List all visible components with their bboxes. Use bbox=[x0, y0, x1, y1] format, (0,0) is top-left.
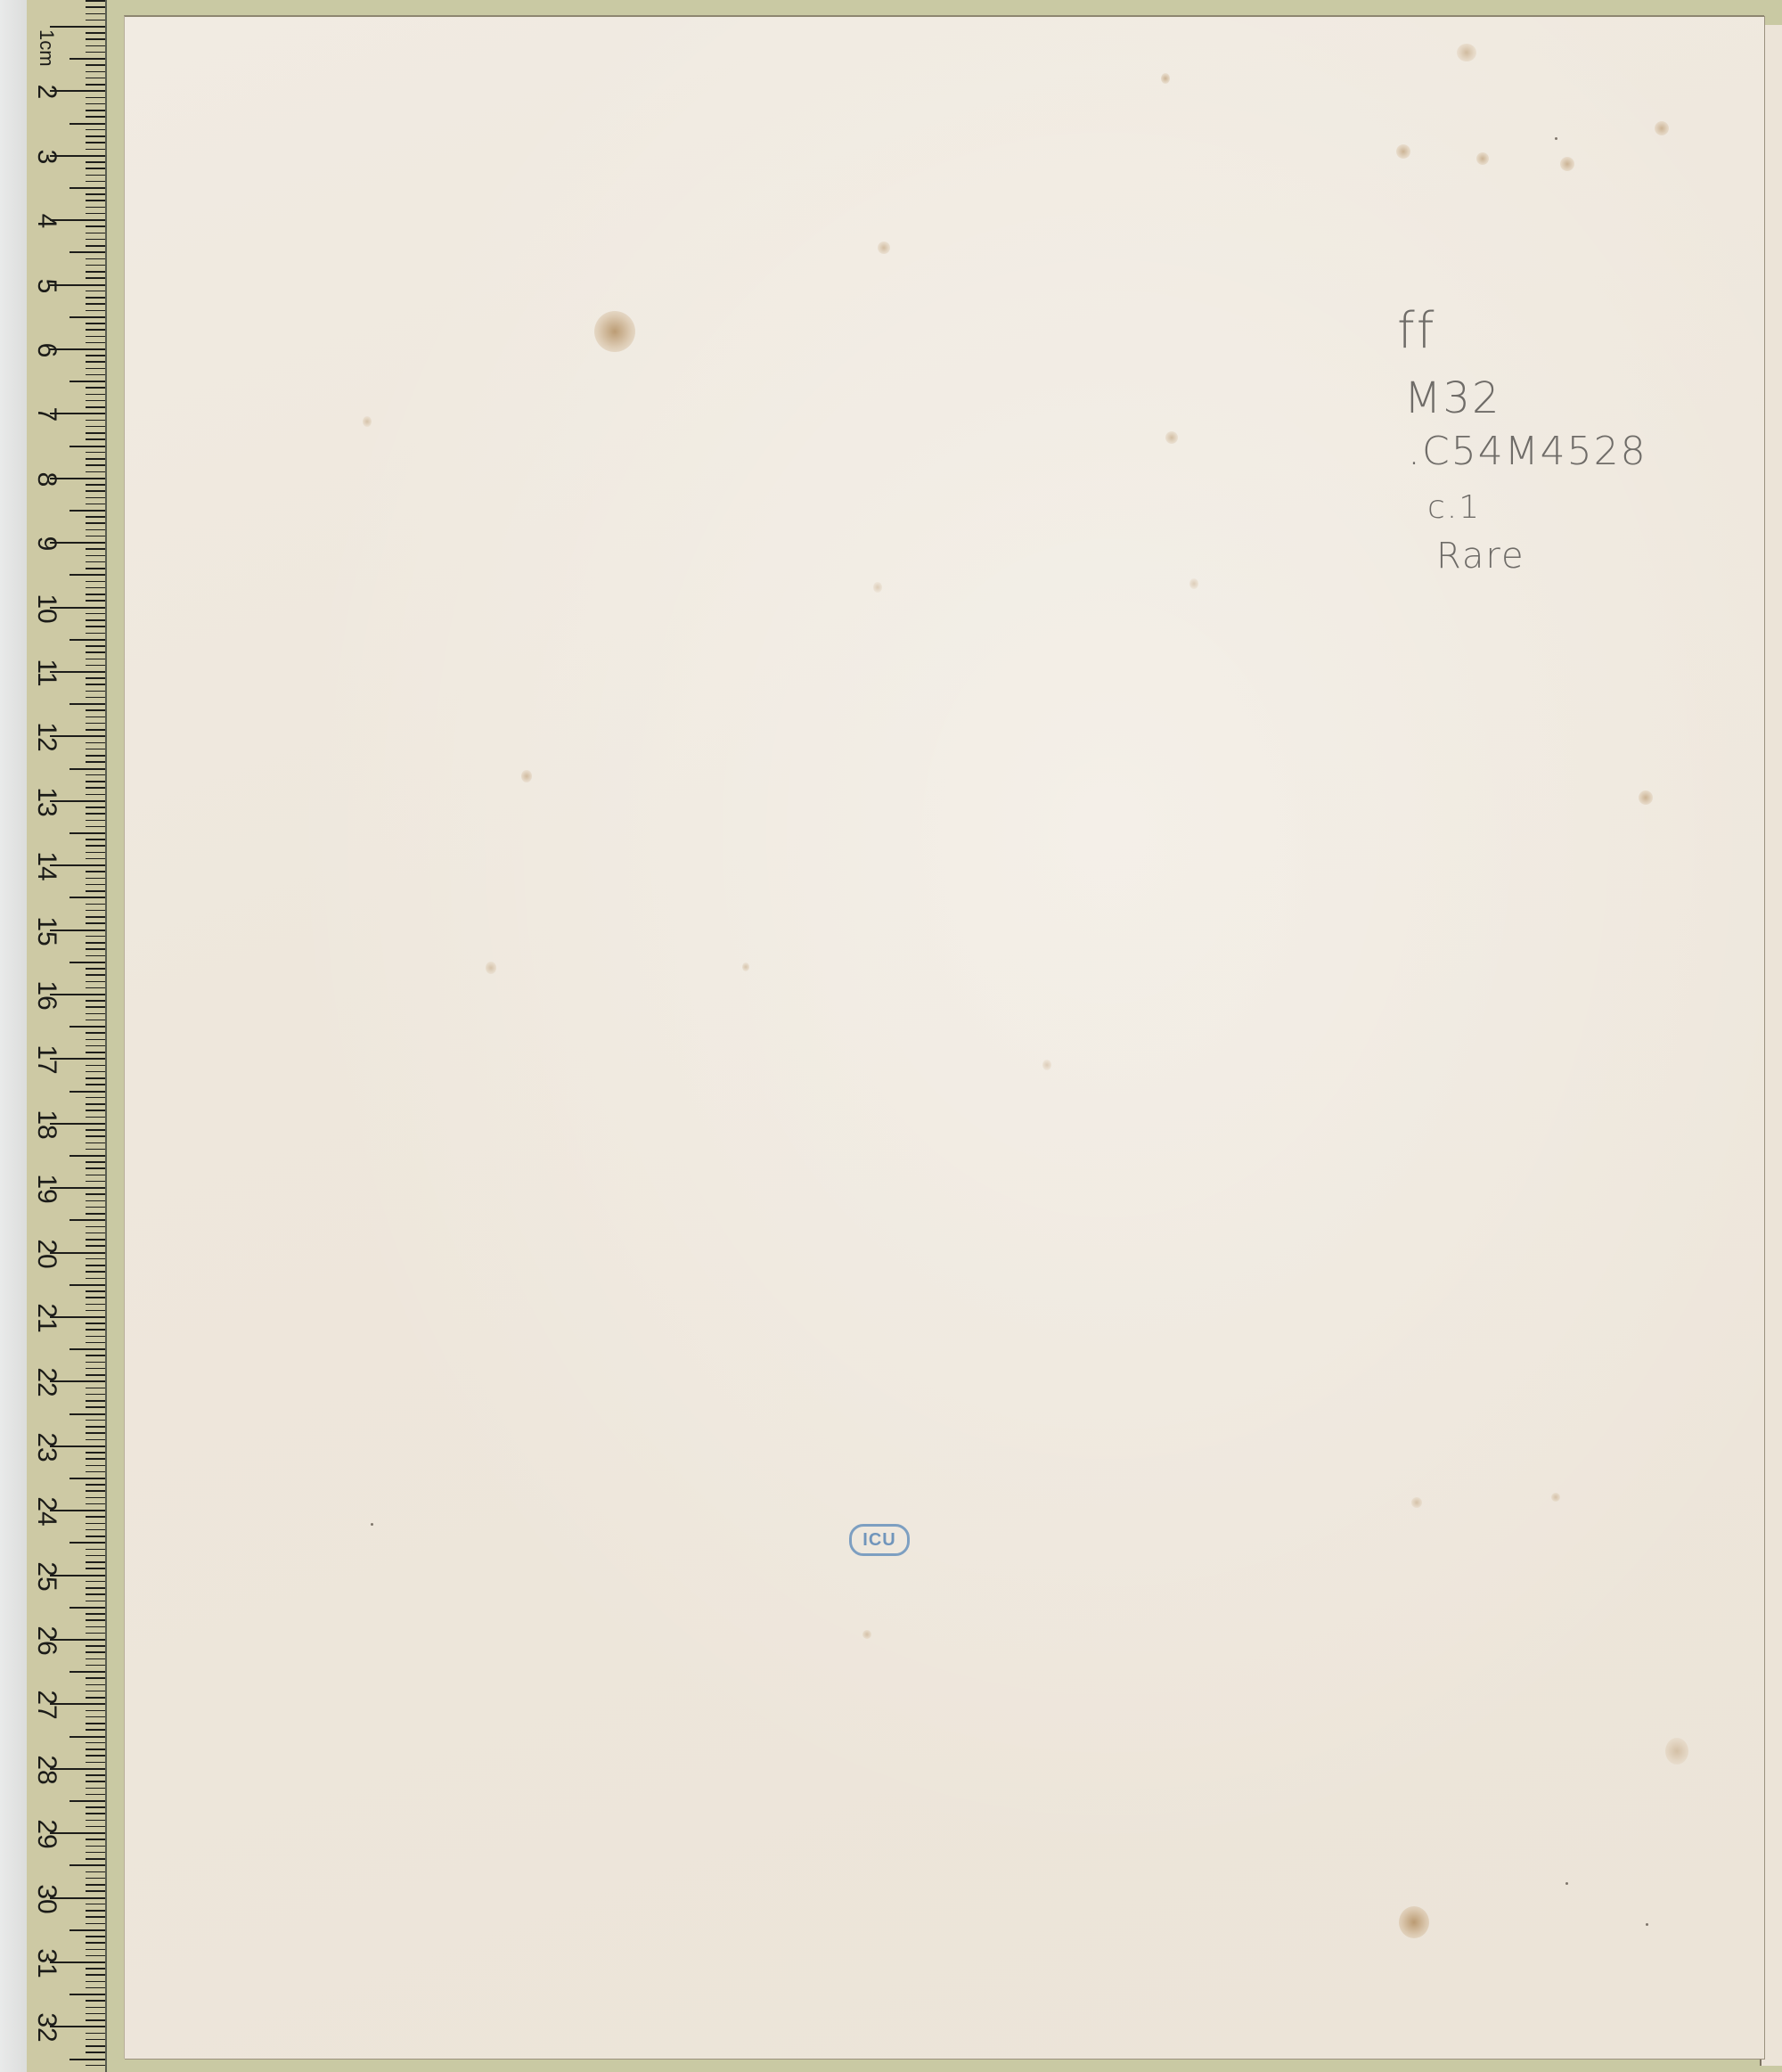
ruler-tick bbox=[86, 245, 105, 247]
ruler-tick bbox=[86, 1233, 105, 1234]
ruler-tick bbox=[86, 981, 105, 983]
ruler-tick bbox=[86, 1555, 105, 1557]
ruler-tick bbox=[86, 871, 105, 872]
ruler-tick bbox=[69, 1864, 105, 1866]
ruler-tick bbox=[86, 361, 105, 363]
ruler-tick bbox=[86, 1651, 105, 1653]
ruler-tick bbox=[86, 1471, 105, 1473]
ruler-cm-label: 11 bbox=[33, 655, 60, 691]
ruler-tick bbox=[86, 910, 105, 912]
call-number-line-1: ff bbox=[1397, 302, 1435, 360]
ruler-tick bbox=[86, 1388, 105, 1389]
ruler-tick bbox=[86, 1006, 105, 1008]
ruler-tick bbox=[86, 1458, 105, 1460]
ruler-tick bbox=[86, 1084, 105, 1085]
ruler-tick bbox=[86, 1426, 105, 1428]
ruler-tick bbox=[86, 581, 105, 583]
ruler-tick bbox=[86, 936, 105, 938]
ruler-tick bbox=[86, 2065, 105, 2067]
ruler-tick bbox=[86, 1581, 105, 1583]
ruler-tick bbox=[86, 807, 105, 808]
ruler-tick bbox=[86, 181, 105, 183]
ruler-tick bbox=[86, 200, 105, 201]
ruler-tick bbox=[86, 1949, 105, 1951]
ruler-tick bbox=[86, 97, 105, 99]
ruler-tick bbox=[86, 193, 105, 195]
ruler-tick bbox=[86, 84, 105, 86]
ruler-tick bbox=[86, 38, 105, 40]
ruler-tick bbox=[86, 142, 105, 143]
ruler-tick bbox=[69, 703, 105, 705]
ruler-tick bbox=[86, 613, 105, 615]
ruler-tick bbox=[69, 832, 105, 834]
ruler-cm-label: 24 bbox=[33, 1494, 60, 1529]
ruler-tick bbox=[86, 129, 105, 131]
ruler-tick bbox=[86, 594, 105, 595]
ruler-tick bbox=[86, 1601, 105, 1602]
ruler-tick bbox=[86, 1039, 105, 1041]
ruler-tick bbox=[86, 1406, 105, 1408]
ruler-cm-label: 8 bbox=[33, 462, 60, 497]
ruler-cm-label: 19 bbox=[33, 1171, 60, 1207]
ruler-cm-label: 18 bbox=[33, 1107, 60, 1142]
ruler-tick bbox=[86, 955, 105, 957]
measurement-ruler: 1cm 234567891011121314151617181920212223… bbox=[27, 0, 107, 2072]
ruler-tick bbox=[86, 1742, 105, 1744]
ruler-tick bbox=[86, 645, 105, 647]
ruler-tick bbox=[86, 1858, 105, 1860]
ruler-tick bbox=[86, 323, 105, 324]
ruler-tick bbox=[86, 651, 105, 653]
ruler-tick bbox=[86, 1097, 105, 1099]
dirt-speck bbox=[1565, 1882, 1568, 1885]
ruler-tick bbox=[86, 1465, 105, 1467]
ruler-tick bbox=[86, 1297, 105, 1298]
ruler-tick bbox=[86, 1439, 105, 1441]
ruler-tick bbox=[86, 1032, 105, 1034]
ruler-tick bbox=[86, 1890, 105, 1892]
foxing-stain bbox=[1639, 790, 1653, 805]
ruler-tick bbox=[86, 677, 105, 679]
ruler-tick bbox=[69, 1284, 105, 1286]
ruler-tick bbox=[86, 1329, 105, 1331]
ruler-cm-label: 22 bbox=[33, 1364, 60, 1400]
ruler-tick bbox=[86, 103, 105, 105]
ruler-tick bbox=[86, 1755, 105, 1757]
ruler-tick bbox=[86, 922, 105, 924]
ruler-tick bbox=[86, 1665, 105, 1667]
ruler-tick bbox=[86, 987, 105, 989]
ruler-tick bbox=[86, 904, 105, 905]
ruler-tick bbox=[86, 1420, 105, 1421]
ruler-tick bbox=[86, 1904, 105, 1905]
ruler-tick bbox=[86, 1374, 105, 1376]
ruler-tick bbox=[86, 271, 105, 273]
ruler-tick bbox=[86, 1020, 105, 1021]
ruler-tick bbox=[86, 1503, 105, 1505]
ruler-tick bbox=[86, 1549, 105, 1551]
ruler-tick bbox=[86, 406, 105, 408]
ruler-cm-label: 9 bbox=[33, 526, 60, 561]
ruler-tick bbox=[86, 52, 105, 53]
ruler-tick bbox=[86, 1813, 105, 1814]
ruler-tick bbox=[86, 665, 105, 667]
ruler-cm-label: 10 bbox=[33, 591, 60, 627]
ruler-tick bbox=[86, 400, 105, 402]
ruler-tick bbox=[69, 1671, 105, 1673]
ruler-tick bbox=[69, 768, 105, 770]
ruler-tick bbox=[69, 1219, 105, 1221]
ruler-tick bbox=[86, 916, 105, 918]
ruler-tick bbox=[86, 394, 105, 396]
ruler-tick bbox=[86, 1774, 105, 1776]
foxing-stain bbox=[594, 311, 635, 352]
ruler-tick bbox=[69, 1542, 105, 1544]
ruler-tick bbox=[86, 1117, 105, 1118]
foxing-stain bbox=[1560, 157, 1574, 171]
ruler-tick bbox=[86, 1658, 105, 1660]
ruler-tick bbox=[69, 381, 105, 382]
ruler-tick bbox=[86, 1290, 105, 1292]
foxing-stain bbox=[1655, 121, 1669, 135]
ruler-tick bbox=[86, 1516, 105, 1518]
ruler-tick bbox=[86, 890, 105, 892]
ruler-cm-label: 6 bbox=[33, 332, 60, 368]
ruler-tick bbox=[86, 1781, 105, 1782]
ruler-cm-label: 28 bbox=[33, 1752, 60, 1788]
ruler-tick bbox=[86, 1265, 105, 1266]
ruler-tick bbox=[86, 794, 105, 796]
ruler-tick bbox=[86, 239, 105, 241]
ruler-tick bbox=[86, 774, 105, 776]
ruler-tick bbox=[86, 1762, 105, 1764]
ruler-cm-label: 31 bbox=[33, 1945, 60, 1981]
ruler-tick bbox=[86, 858, 105, 860]
ruler-tick bbox=[86, 116, 105, 118]
foxing-stain bbox=[521, 770, 532, 782]
ruler-tick bbox=[86, 561, 105, 563]
ruler-tick bbox=[86, 1071, 105, 1073]
ruler-tick bbox=[86, 1175, 105, 1176]
ruler-tick bbox=[86, 1716, 105, 1718]
ruler-tick bbox=[86, 1200, 105, 1202]
ruler-tick bbox=[86, 1981, 105, 1983]
ruler-tick bbox=[69, 1348, 105, 1350]
ruler-cm-label: 2 bbox=[33, 74, 60, 110]
ruler-tick bbox=[86, 684, 105, 685]
ruler-tick bbox=[86, 587, 105, 589]
ruler-tick bbox=[86, 1923, 105, 1925]
ruler-tick bbox=[86, 1788, 105, 1789]
foxing-stain bbox=[1042, 1060, 1051, 1070]
ruler-tick bbox=[86, 1871, 105, 1873]
ruler-cm-label: 16 bbox=[33, 978, 60, 1013]
ruler-tick bbox=[86, 516, 105, 518]
foxing-stain bbox=[878, 242, 890, 254]
ruler-tick bbox=[86, 233, 105, 234]
ruler-tick bbox=[86, 1942, 105, 1944]
ruler-tick bbox=[86, 458, 105, 460]
ruler-tick bbox=[86, 342, 105, 344]
ruler-cm-label: 17 bbox=[33, 1042, 60, 1077]
ruler-tick bbox=[86, 691, 105, 692]
ruler-cm-label: 5 bbox=[33, 268, 60, 304]
ruler-tick bbox=[86, 1710, 105, 1712]
ruler-tick bbox=[86, 813, 105, 815]
ruler-tick bbox=[86, 723, 105, 725]
ruler-tick bbox=[86, 490, 105, 492]
ruler-tick bbox=[86, 426, 105, 428]
ruler-tick bbox=[86, 168, 105, 169]
foxing-stain bbox=[1411, 1497, 1422, 1508]
ruler-tick bbox=[86, 1129, 105, 1131]
ruler-tick bbox=[86, 1400, 105, 1402]
ruler-tick bbox=[86, 709, 105, 711]
ruler-tick bbox=[86, 619, 105, 621]
ruler-tick bbox=[86, 2019, 105, 2021]
ruler-tick bbox=[86, 1723, 105, 1724]
ruler-cm-label: 7 bbox=[33, 397, 60, 432]
foxing-stain bbox=[1161, 73, 1170, 84]
ruler-tick bbox=[86, 1245, 105, 1247]
ruler-tick bbox=[86, 1077, 105, 1079]
ruler-tick bbox=[86, 1806, 105, 1808]
ruler-tick bbox=[86, 504, 105, 505]
ruler-tick bbox=[86, 820, 105, 822]
call-number-line-2: M32 bbox=[1404, 373, 1501, 423]
ruler-tick bbox=[86, 884, 105, 886]
ruler-cm-label: 20 bbox=[33, 1236, 60, 1272]
ruler-cm-label: 21 bbox=[33, 1300, 60, 1336]
ruler-tick bbox=[86, 1878, 105, 1880]
dirt-speck bbox=[1555, 137, 1557, 140]
ruler-tick bbox=[86, 826, 105, 828]
foxing-stain bbox=[1457, 44, 1476, 61]
ruler-tick bbox=[86, 878, 105, 880]
ruler-tick bbox=[86, 839, 105, 840]
foxing-stain bbox=[486, 962, 496, 974]
ruler-tick bbox=[86, 1103, 105, 1105]
ruler-tick bbox=[86, 32, 105, 34]
ruler-cm-label: 23 bbox=[33, 1429, 60, 1465]
ruler-tick bbox=[86, 1626, 105, 1628]
ruler-tick bbox=[86, 568, 105, 569]
ruler-tick bbox=[86, 1916, 105, 1918]
ruler-tick bbox=[86, 1149, 105, 1151]
ruler-cm-label: 13 bbox=[33, 784, 60, 820]
ruler-tick bbox=[86, 1213, 105, 1215]
ruler-tick bbox=[86, 135, 105, 137]
ruler-tick bbox=[86, 1258, 105, 1260]
ruler-tick bbox=[86, 2013, 105, 2015]
ruler-tick bbox=[86, 64, 105, 66]
ruler-tick bbox=[69, 58, 105, 60]
ruler-tick bbox=[86, 529, 105, 531]
foxing-stain bbox=[873, 582, 882, 593]
ruler-tick bbox=[86, 755, 105, 757]
ruler-tick bbox=[86, 948, 105, 950]
ruler-tick bbox=[86, 659, 105, 660]
ruler-tick bbox=[86, 1368, 105, 1370]
document-page: ff M32 .C54M4528 c.1 Rare ICU bbox=[124, 15, 1764, 2059]
ruler-tick bbox=[86, 110, 105, 111]
ruler-tick bbox=[86, 845, 105, 847]
ruler-tick bbox=[86, 438, 105, 440]
ruler-tick bbox=[86, 1000, 105, 1002]
ruler-tick bbox=[86, 1987, 105, 1989]
call-number-line-4: c.1 bbox=[1427, 489, 1481, 526]
ruler-tick bbox=[86, 852, 105, 854]
ruler-tick bbox=[86, 2033, 105, 2035]
ruler-tick bbox=[86, 600, 105, 602]
foxing-stain bbox=[862, 1630, 871, 1639]
ruler-tick bbox=[69, 2059, 105, 2060]
ruler-tick bbox=[86, 1271, 105, 1273]
ruler-tick bbox=[69, 1155, 105, 1157]
ruler-tick bbox=[69, 1607, 105, 1609]
foxing-stain bbox=[1399, 1906, 1429, 1938]
ruler-tick bbox=[69, 1413, 105, 1415]
ruler-tick bbox=[86, 1323, 105, 1324]
ruler-tick bbox=[86, 1794, 105, 1796]
ruler-cm-label: 30 bbox=[33, 1881, 60, 1917]
ruler-tick bbox=[86, 1181, 105, 1183]
ruler-cm-label: 32 bbox=[33, 2010, 60, 2045]
ruler-tick bbox=[86, 1645, 105, 1647]
ruler-cm-label: 25 bbox=[33, 1559, 60, 1594]
ruler-tick bbox=[86, 1304, 105, 1306]
ruler-tick bbox=[86, 1826, 105, 1828]
ruler-tick bbox=[86, 1452, 105, 1454]
ruler-tick bbox=[86, 1839, 105, 1840]
ruler-tick bbox=[86, 1561, 105, 1563]
ruler-tick bbox=[86, 277, 105, 279]
ruler-tick bbox=[86, 1968, 105, 1970]
ruler-tick bbox=[86, 2039, 105, 2041]
ruler-tick bbox=[86, 1052, 105, 1053]
ruler-tick bbox=[86, 697, 105, 699]
ruler-tick bbox=[86, 522, 105, 524]
ruler-tick bbox=[86, 1677, 105, 1679]
ruler-tick bbox=[86, 536, 105, 537]
ruler-tick bbox=[69, 1800, 105, 1802]
ruler-tick bbox=[86, 633, 105, 635]
ruler-tick bbox=[86, 1226, 105, 1228]
ruler-tick bbox=[69, 316, 105, 318]
ruler-tick bbox=[86, 374, 105, 376]
ruler-tick bbox=[86, 1955, 105, 1957]
ruler-cm-label: 12 bbox=[33, 719, 60, 755]
foxing-stain bbox=[1165, 431, 1178, 444]
ruler-tick bbox=[86, 1684, 105, 1686]
ruler-tick bbox=[86, 1820, 105, 1822]
ruler-tick bbox=[86, 1167, 105, 1169]
ruler-tick bbox=[86, 265, 105, 266]
ruler-tick bbox=[86, 387, 105, 389]
ruler-cm-label: 15 bbox=[33, 913, 60, 949]
ruler-tick bbox=[86, 968, 105, 970]
ruler-tick bbox=[86, 420, 105, 422]
ruler-cm-label: 26 bbox=[33, 1623, 60, 1658]
ruler-tick bbox=[86, 175, 105, 176]
ruler-tick bbox=[69, 123, 105, 125]
foxing-stain bbox=[1665, 1738, 1688, 1765]
library-stamp: ICU bbox=[849, 1524, 910, 1556]
ruler-tick bbox=[86, 1613, 105, 1615]
ruler-tick bbox=[86, 452, 105, 454]
ruler-tick bbox=[69, 1091, 105, 1093]
ruler-tick bbox=[86, 1045, 105, 1047]
ruler-tick bbox=[86, 2045, 105, 2047]
ruler-tick bbox=[86, 761, 105, 763]
ruler-tick bbox=[86, 471, 105, 473]
ruler-tick bbox=[69, 1026, 105, 1028]
call-number-line-5: Rare bbox=[1436, 536, 1525, 577]
ruler-tick bbox=[86, 1342, 105, 1344]
ruler-tick bbox=[86, 1490, 105, 1492]
foxing-stain bbox=[363, 416, 372, 427]
ruler-cm-label: 4 bbox=[33, 203, 60, 239]
ruler-tick bbox=[86, 1729, 105, 1731]
ruler-tick bbox=[86, 303, 105, 305]
ruler-tick bbox=[69, 251, 105, 253]
ruler-tick bbox=[50, 26, 105, 28]
ruler-tick bbox=[69, 639, 105, 641]
ruler-tick bbox=[86, 355, 105, 356]
ruler-tick bbox=[69, 1994, 105, 1995]
ruler-tick bbox=[86, 1884, 105, 1886]
ruler-tick bbox=[86, 291, 105, 292]
ruler-tick bbox=[86, 464, 105, 466]
ruler-tick bbox=[86, 2052, 105, 2053]
ruler-tick bbox=[69, 1736, 105, 1738]
ruler-tick bbox=[86, 6, 105, 8]
ruler-cm-label: 29 bbox=[33, 1816, 60, 1852]
ruler-tick bbox=[86, 1310, 105, 1312]
foxing-stain bbox=[1396, 144, 1410, 159]
ruler-tick bbox=[86, 484, 105, 486]
ruler-tick bbox=[86, 1432, 105, 1434]
ruler-tick bbox=[86, 336, 105, 338]
foxing-stain bbox=[1551, 1493, 1560, 1502]
ruler-tick bbox=[86, 20, 105, 21]
ruler-tick bbox=[86, 781, 105, 782]
scan-margin-strip bbox=[0, 0, 27, 2072]
ruler-tick bbox=[86, 1536, 105, 1537]
ruler-tick bbox=[86, 2000, 105, 2002]
ruler-tick bbox=[86, 1749, 105, 1750]
ruler-tick bbox=[86, 258, 105, 260]
ruler-tick bbox=[86, 942, 105, 944]
ruler-tick bbox=[86, 1568, 105, 1569]
ruler-tick bbox=[86, 1691, 105, 1692]
ruler-tick bbox=[86, 1974, 105, 1976]
ruler-tick bbox=[86, 729, 105, 731]
ruler-tick bbox=[69, 446, 105, 447]
ruler-tick bbox=[69, 897, 105, 898]
ruler-tick bbox=[86, 225, 105, 227]
ruler-tick bbox=[86, 548, 105, 550]
ruler-tick bbox=[86, 78, 105, 79]
dirt-speck bbox=[1646, 1923, 1648, 1926]
ruler-cm-label: 27 bbox=[33, 1687, 60, 1723]
ruler-tick bbox=[86, 1278, 105, 1280]
ruler-tick bbox=[86, 310, 105, 312]
ruler-tick bbox=[86, 1936, 105, 1937]
ruler-tick bbox=[69, 510, 105, 512]
ruler-tick bbox=[86, 1633, 105, 1634]
ruler-tick bbox=[86, 1619, 105, 1621]
